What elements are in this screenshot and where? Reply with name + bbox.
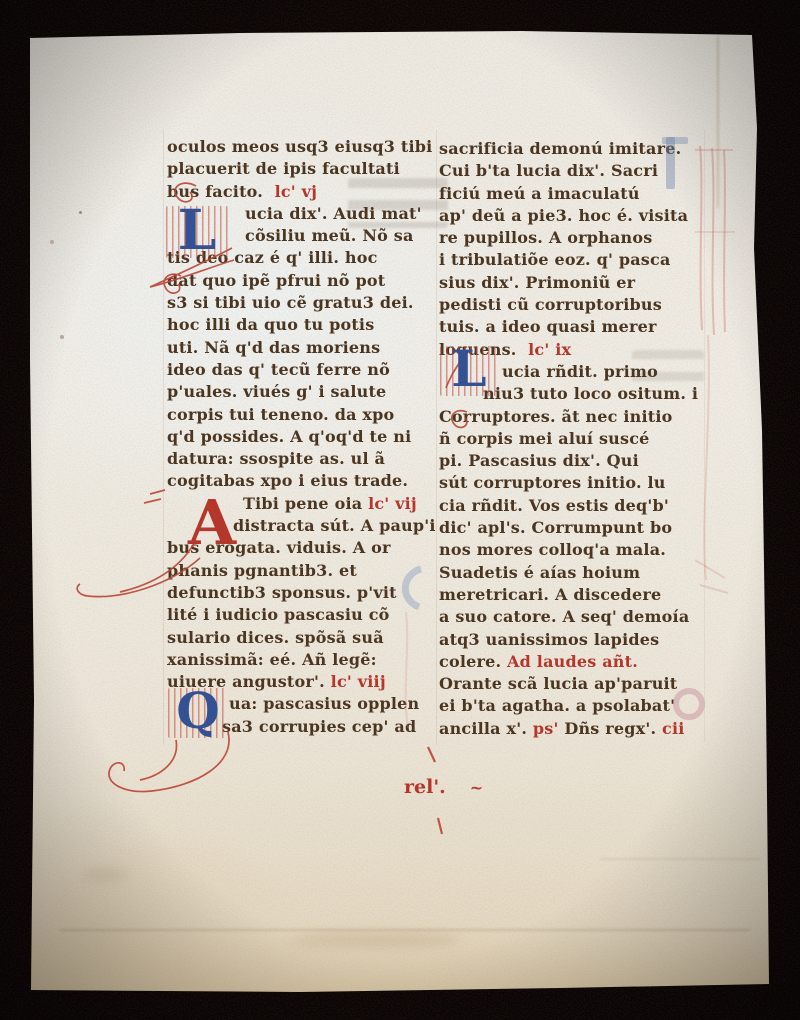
initial-letter-blue-Q: Q xyxy=(166,686,230,740)
catchword-text: rel'. xyxy=(404,776,446,798)
initial-glyph: A xyxy=(186,490,238,556)
initial-glyph: L xyxy=(164,204,230,256)
manuscript-photo: oculos meos usq3 eiusq3 tibiplacuerit de… xyxy=(0,0,800,1020)
catchword-flourish: ~ xyxy=(446,778,483,797)
initial-letter-blue-L: L xyxy=(164,204,230,260)
initial-glyph: L xyxy=(438,344,500,394)
catchword: rel'.~ xyxy=(404,776,483,798)
red-penwork-flourishes xyxy=(0,0,800,1020)
initial-glyph: Q xyxy=(166,686,230,736)
initial-letter-red-A: A xyxy=(186,490,238,564)
initial-letter-blue-L: L xyxy=(438,344,500,398)
